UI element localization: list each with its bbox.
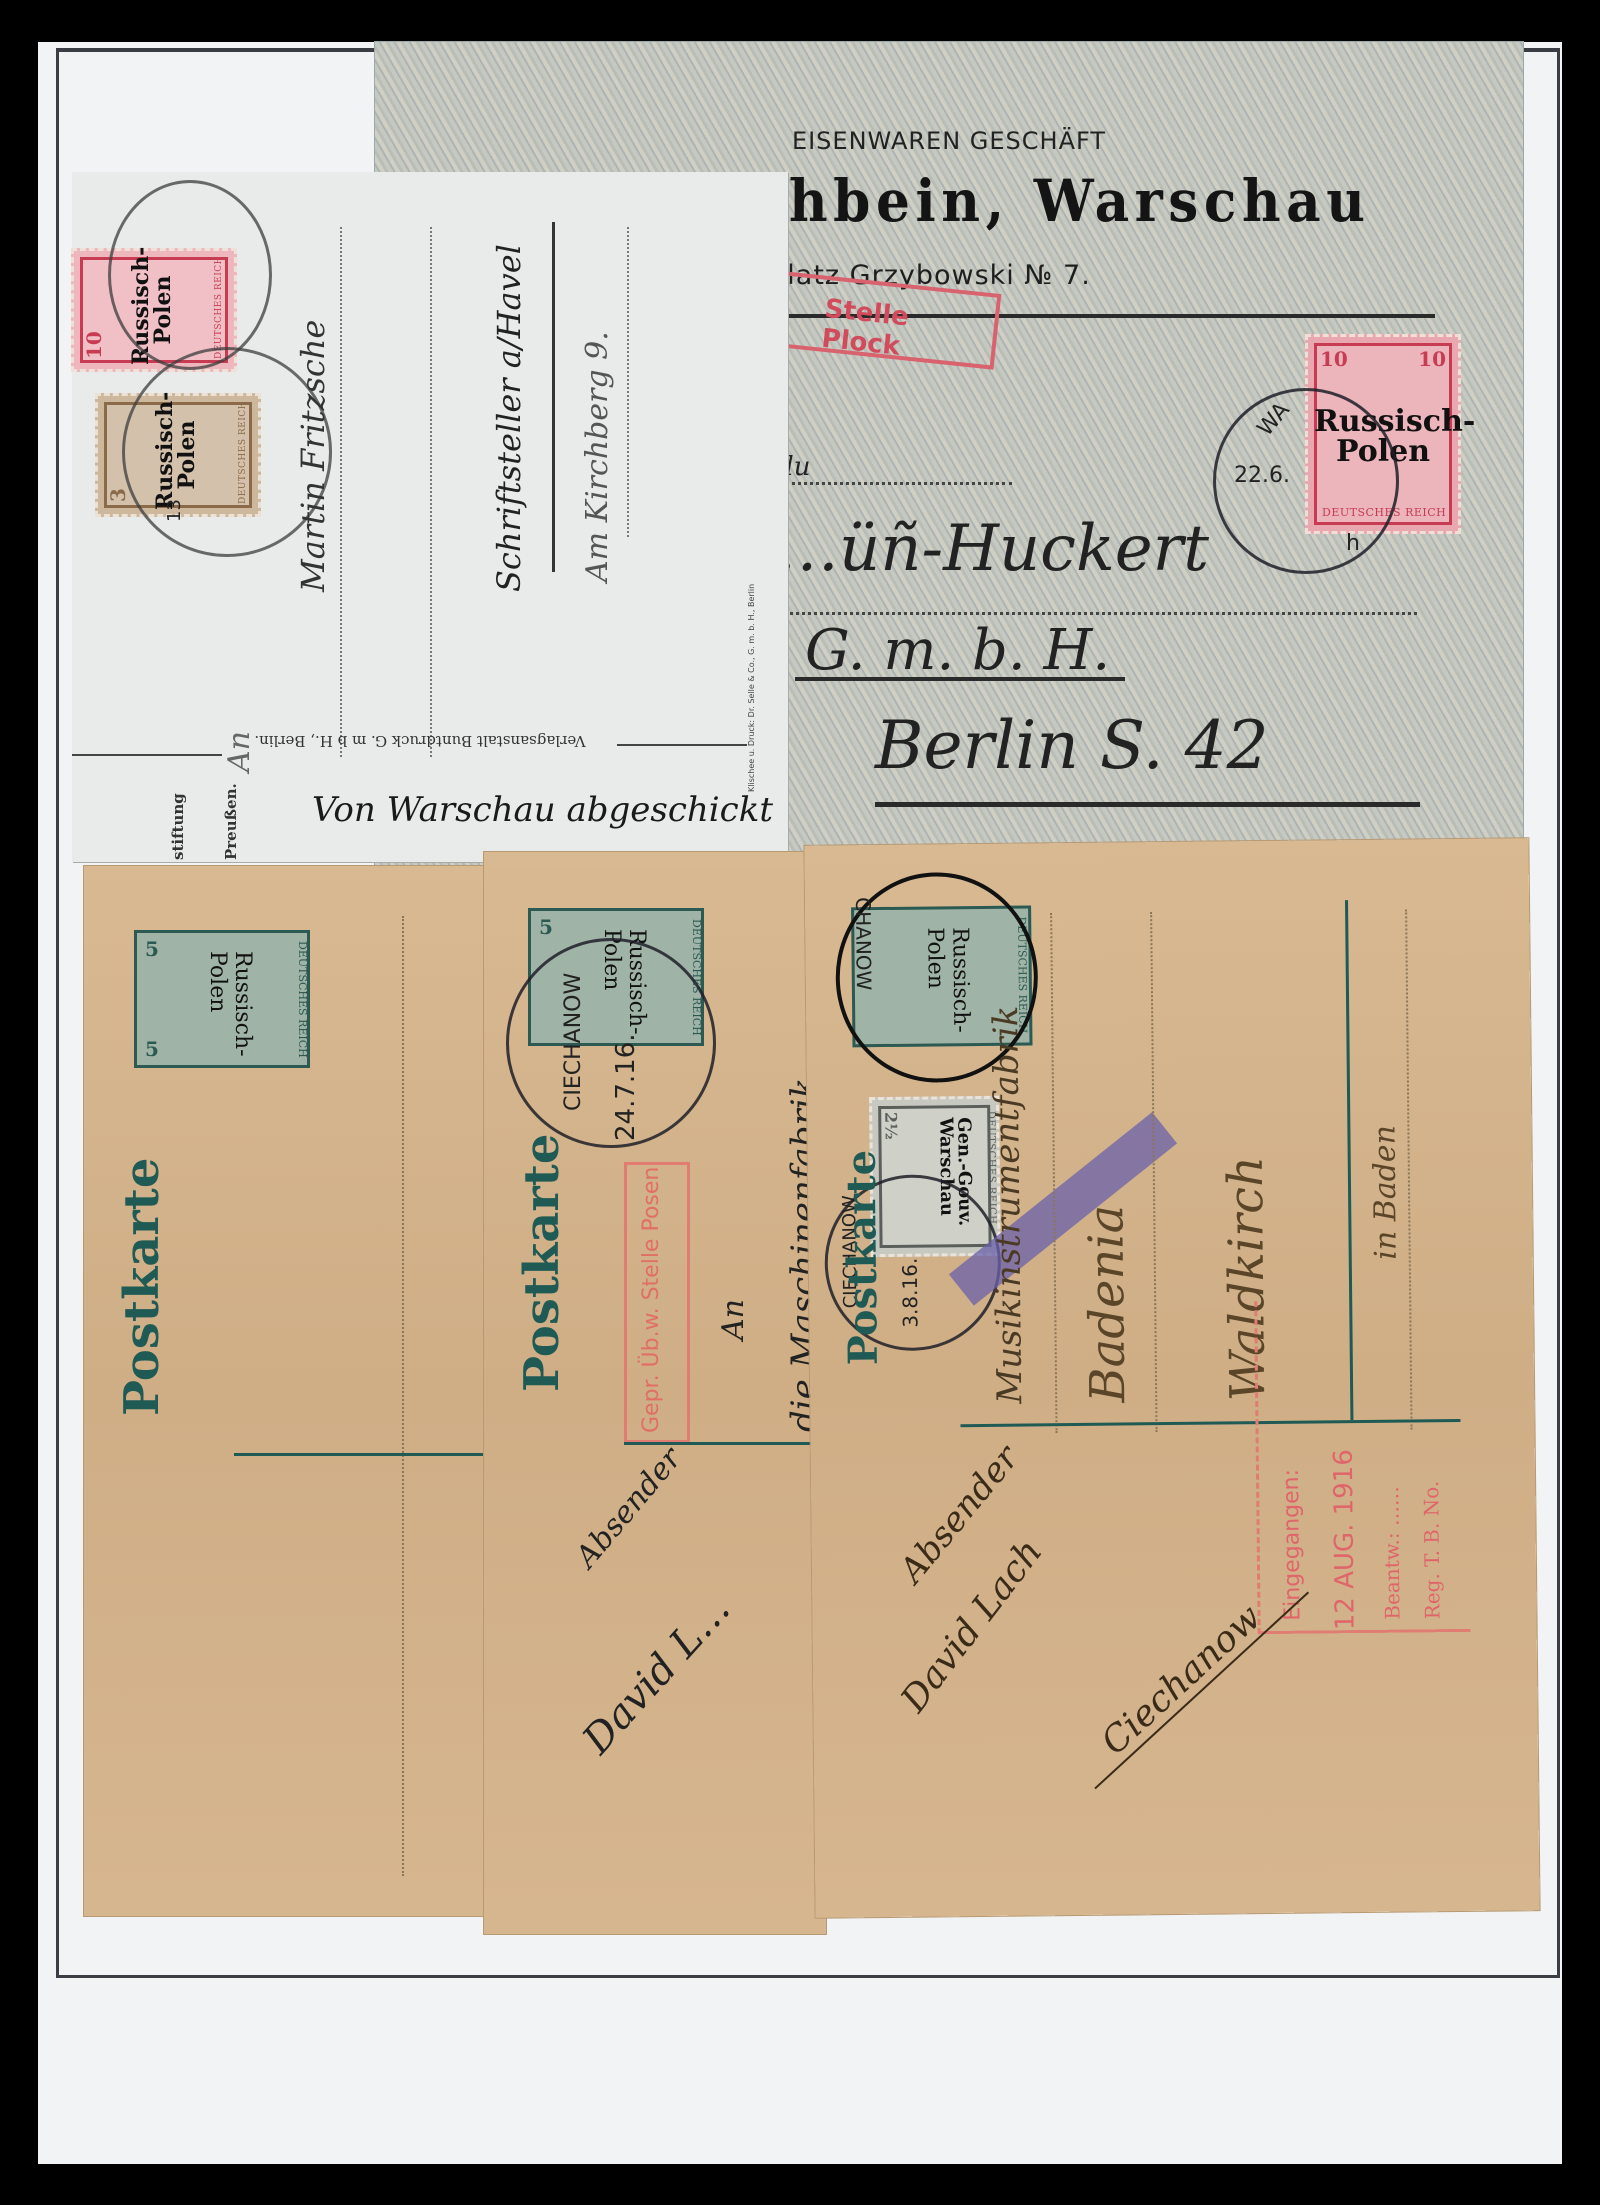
postal-card-2-hand-absender: Absender <box>569 1441 689 1574</box>
postal-card-3-sender-underline <box>1094 1592 1309 1790</box>
postcard-hand-line2: Schriftsteller a/Havel <box>490 244 528 592</box>
postal-card-3-hand-line4: in Baden <box>1367 1125 1403 1260</box>
envelope-header-line: EISENWAREN GESCHÄFT <box>375 127 1523 155</box>
postcard-postmark-1 <box>108 180 272 370</box>
postcard-divider <box>72 754 222 756</box>
postal-card-2-hand-an: An <box>716 1299 751 1340</box>
postal-card-3-title: Postkarte <box>838 1150 887 1366</box>
envelope-address-line-1: …üñ-Huckert <box>775 512 1209 586</box>
postcard-margin-text-1: stiftung <box>169 793 187 860</box>
envelope-address-line-2: G. m. b. H. <box>805 618 1110 683</box>
postcard-hand-recipient: Martin Fritzsche <box>294 320 332 592</box>
envelope-dotted-line <box>767 482 1012 485</box>
postal-card-3-hand-line2: Badenia <box>1078 1204 1136 1402</box>
postal-card-3-hand-line1: Musikinstrumentfabrik <box>986 1006 1030 1404</box>
envelope-underline <box>875 802 1420 807</box>
postal-card-3: Russisch- Polen DEUTSCHES REICH CHANOW 2… <box>804 838 1539 1918</box>
postal-card-2-rule <box>624 1442 826 1445</box>
postal-card-3-dotted-line <box>1150 912 1157 1432</box>
envelope-postmark: 22.6. WA h <box>1213 388 1399 574</box>
postal-card-2: 5 Russisch- Polen DEUTSCHES REICH CIECHA… <box>484 852 826 1934</box>
postcard-dotted-line <box>627 227 629 537</box>
postcard-publisher: Verlagsanstalt Buntdruck G. m b H., Berl… <box>230 732 610 750</box>
postcard-solid-line <box>552 222 555 572</box>
postcard-dotted-line <box>340 227 342 757</box>
postal-card-2-censor-box: Gepr. Üb.w. Stelle Posen <box>624 1162 690 1443</box>
postal-card-3-dotted-line <box>1050 913 1057 1433</box>
postal-card-2-hand-sender: David L… <box>574 1586 739 1763</box>
envelope-underline <box>795 677 1125 681</box>
postal-card-1-dotted-line <box>402 916 404 1876</box>
postal-card-2-postmark: CIECHANOW 24.7.16. <box>506 938 716 1148</box>
postal-card-1-title: Postkarte <box>114 1158 170 1416</box>
postcard-hand-line3: Am Kirchberg 9. <box>580 331 615 582</box>
picture-postcard: 10 Russisch- Polen DEUTSCHES REICH 3 Rus… <box>72 172 788 862</box>
postal-card-3-receipt-stamp: Eingegangen: 12 AUG. 1916 Beantw.: …… Re… <box>1254 1299 1470 1634</box>
envelope-dotted-line <box>767 612 1417 615</box>
postal-card-1-rule <box>234 1453 509 1456</box>
postal-card-2-title: Postkarte <box>514 1134 570 1392</box>
envelope-address-line-3: Berlin S. 42 <box>875 707 1269 784</box>
postcard-printer: Klischee u. Druck: Dr. Selle & Co., G. m… <box>747 584 756 792</box>
postcard-note: Von Warschau abgeschickt <box>312 790 773 830</box>
postcard-dotted-line <box>430 227 432 757</box>
postal-card-1: 5 5 Russisch- Polen DEUTSCHES REICH Post… <box>84 866 509 1916</box>
postal-card-1-imprint: 5 5 Russisch- Polen DEUTSCHES REICH <box>134 930 310 1068</box>
postcard-divider <box>617 744 747 746</box>
postcard-margin-text-2: Preußen. <box>222 783 240 860</box>
postal-card-3-sender-place: Ciechanow <box>1094 1597 1270 1763</box>
